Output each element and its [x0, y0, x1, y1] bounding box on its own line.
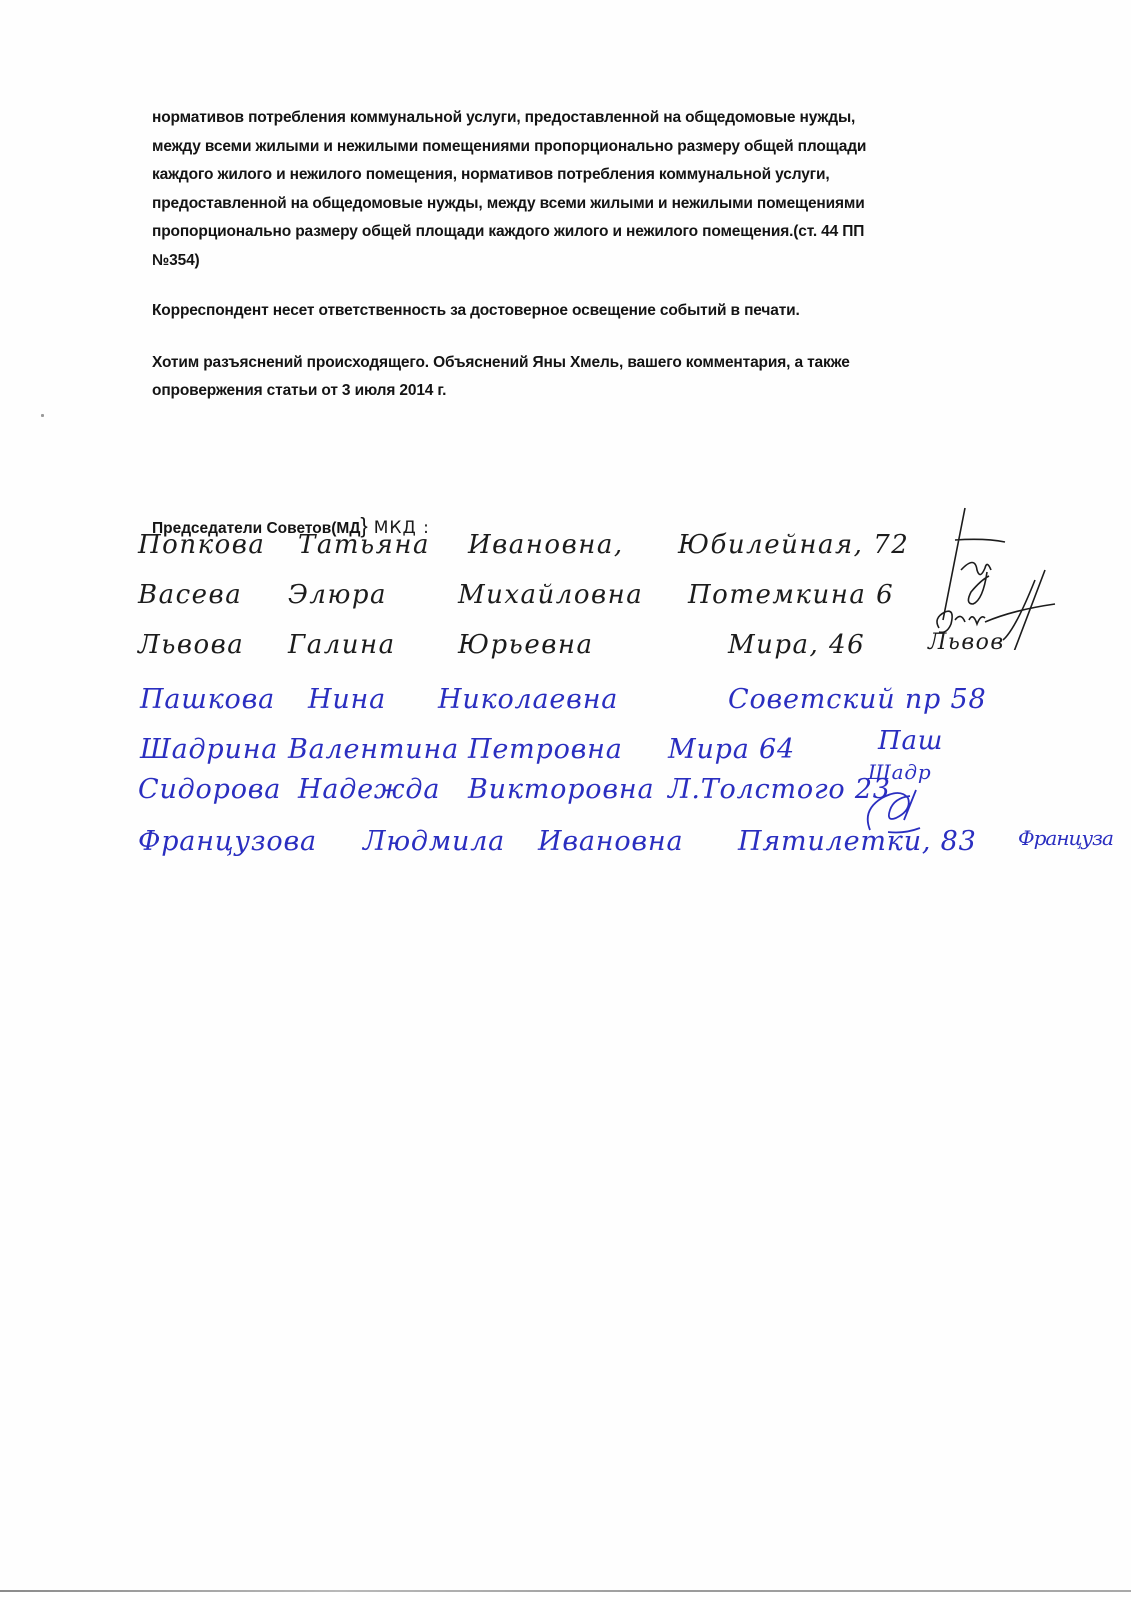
signatory-address: Мира, 46: [728, 630, 865, 660]
text-line: опровержения статьи от 3 июля 2014 г.: [152, 377, 1012, 405]
paragraph-utility-norms: нормативов потребления коммунальной услу…: [152, 104, 1012, 276]
signatory-address: Мира 64: [668, 734, 795, 765]
signatory-patronymic: Николаевна: [438, 684, 618, 715]
signatory-name: Галина: [288, 630, 396, 660]
signatory-name: Надежда: [298, 774, 440, 805]
signatory-surname: Васева: [138, 580, 242, 610]
signatory-surname: Шадрина: [140, 734, 278, 765]
signatory-name: Людмила: [363, 826, 505, 857]
signatory-address: Советский пр 58: [728, 684, 986, 715]
signatory-signature: Паш: [878, 726, 943, 756]
signatory-row: Шадрина Валентина Петровна Мира 64 Паш: [138, 734, 1118, 778]
signatory-row: Пашкова Нина Николаевна Советский пр 58: [138, 684, 1118, 728]
signatory-name: Элюра: [288, 580, 387, 610]
signatory-name: Нина: [308, 684, 386, 715]
signatory-patronymic: Ивановна,: [468, 530, 624, 560]
text-line: нормативов потребления коммунальной услу…: [152, 104, 1012, 133]
text-line: Хотим разъяснений происходящего. Объясне…: [152, 349, 1012, 377]
scan-edge-line: [0, 1590, 1131, 1592]
signatory-address: Л.Толстого 23: [668, 774, 891, 805]
signatory-address: Пятилетки, 83: [738, 826, 977, 857]
signatory-surname: Пашкова: [140, 684, 275, 715]
signature-mark: [925, 500, 1065, 650]
signatory-name: Валентина: [288, 734, 459, 765]
text-line: №354): [152, 247, 1012, 276]
signatory-surname: Французова: [138, 826, 317, 857]
scanned-document-page: нормативов потребления коммунальной услу…: [0, 0, 1131, 1600]
text-line: между всеми жилыми и нежилыми помещениям…: [152, 133, 1012, 162]
signatory-row: Французова Людмила Ивановна Пятилетки, 8…: [138, 826, 1118, 870]
signatory-patronymic: Ивановна: [538, 826, 683, 857]
signatory-patronymic: Михайловна: [458, 580, 643, 610]
signatory-surname: Сидорова: [138, 774, 281, 805]
signatory-patronymic: Юрьевна: [458, 630, 593, 660]
signatory-address: Потемкина 6: [688, 580, 894, 610]
paragraph-request-explanation: Хотим разъяснений происходящего. Объясне…: [152, 349, 1012, 405]
text-line: каждого жилого и нежилого помещения, нор…: [152, 161, 1012, 190]
paragraph-correspondent-responsibility: Корреспондент несет ответственность за д…: [152, 297, 1012, 325]
signatory-name: Татьяна: [298, 530, 430, 560]
signatory-surname: Попкова: [138, 530, 265, 560]
signatory-row: Сидорова Надежда Викторовна Л.Толстого 2…: [138, 774, 1118, 818]
signatory-signature: Француза: [1018, 826, 1113, 850]
scan-speck: [41, 414, 44, 417]
signatory-address: Юбилейная, 72: [678, 530, 909, 560]
text-line: пропорционально размеру общей площади ка…: [152, 218, 1012, 247]
text-line: предоставленной на общедомовые нужды, ме…: [152, 190, 1012, 219]
signatory-patronymic: Викторовна: [468, 774, 654, 805]
signatory-surname: Львова: [138, 630, 244, 660]
signatory-patronymic: Петровна: [468, 734, 623, 765]
